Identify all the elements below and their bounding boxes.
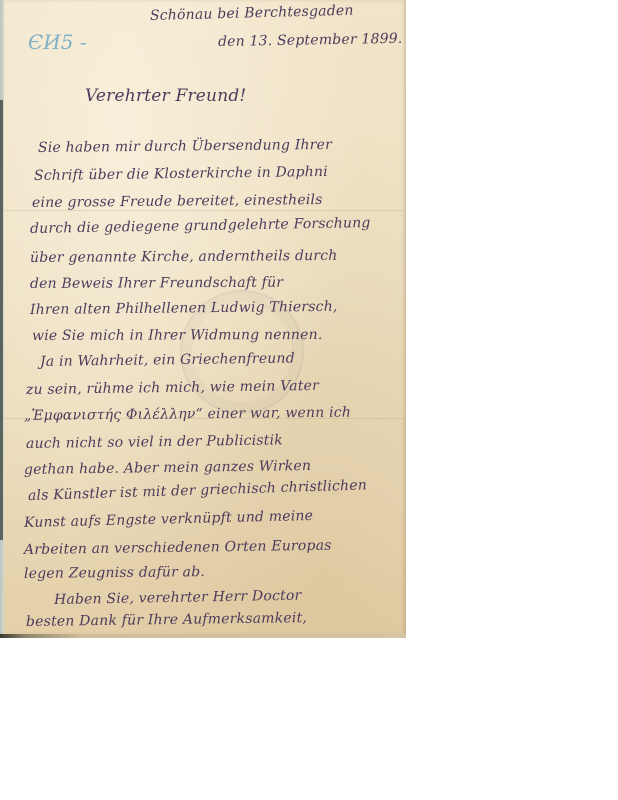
letter-line: wie Sie mich in Ihrer Widmung nennen. [32,327,323,344]
letter-line: legen Zeugniss dafür ab. [24,564,205,582]
letter-line: Schrift über die Klosterkirche in Daphni [34,164,328,184]
letter-line: auch nicht so viel in der Publicistik [26,432,283,452]
letter-line: Haben Sie, verehrter Herr Doctor [54,588,302,608]
letter-line: Arbeiten an verschiedenen Orten Europas [24,538,332,558]
letter-line: als Künstler ist mit der griechisch chri… [28,477,367,504]
letter-line: gethan habe. Aber mein ganzes Wirken [24,458,311,478]
letter-line: über genannte Kirche, anderntheils durch [30,248,338,266]
letter-salutation: Verehrter Freund! [85,86,246,106]
letter-line: besten Dank für Ihre Aufmerksamkeit, [26,610,307,630]
letter-line: durch die gediegene grundgelehrte Forsch… [30,215,371,237]
letter-line: „Ἐμφανιστής Φιλέλλην“ einer war, wenn ic… [24,405,351,424]
page-bottom-edge [0,634,406,638]
letter-line: Ihren alten Philhellenen Ludwig Thiersch… [30,299,338,318]
letter-line: den Beweis Ihrer Freundschaft für [30,275,283,292]
archive-pencil-mark: ЄИ5 - [28,30,87,54]
letter-page: ЄИ5 - Schönau bei Berchtesgaden den 13. … [0,0,406,638]
letter-place: Schönau bei Berchtesgaden [150,3,354,24]
scan-shadow-edge [0,100,3,540]
letter-line: eine grosse Freude bereitet, einestheils [32,192,323,211]
letter-line: Kunst aufs Engste verknüpft und meine [24,508,313,531]
letter-line: Sie haben mir durch Übersendung Ihrer [38,137,332,156]
letter-date: den 13. September 1899. [218,31,403,50]
